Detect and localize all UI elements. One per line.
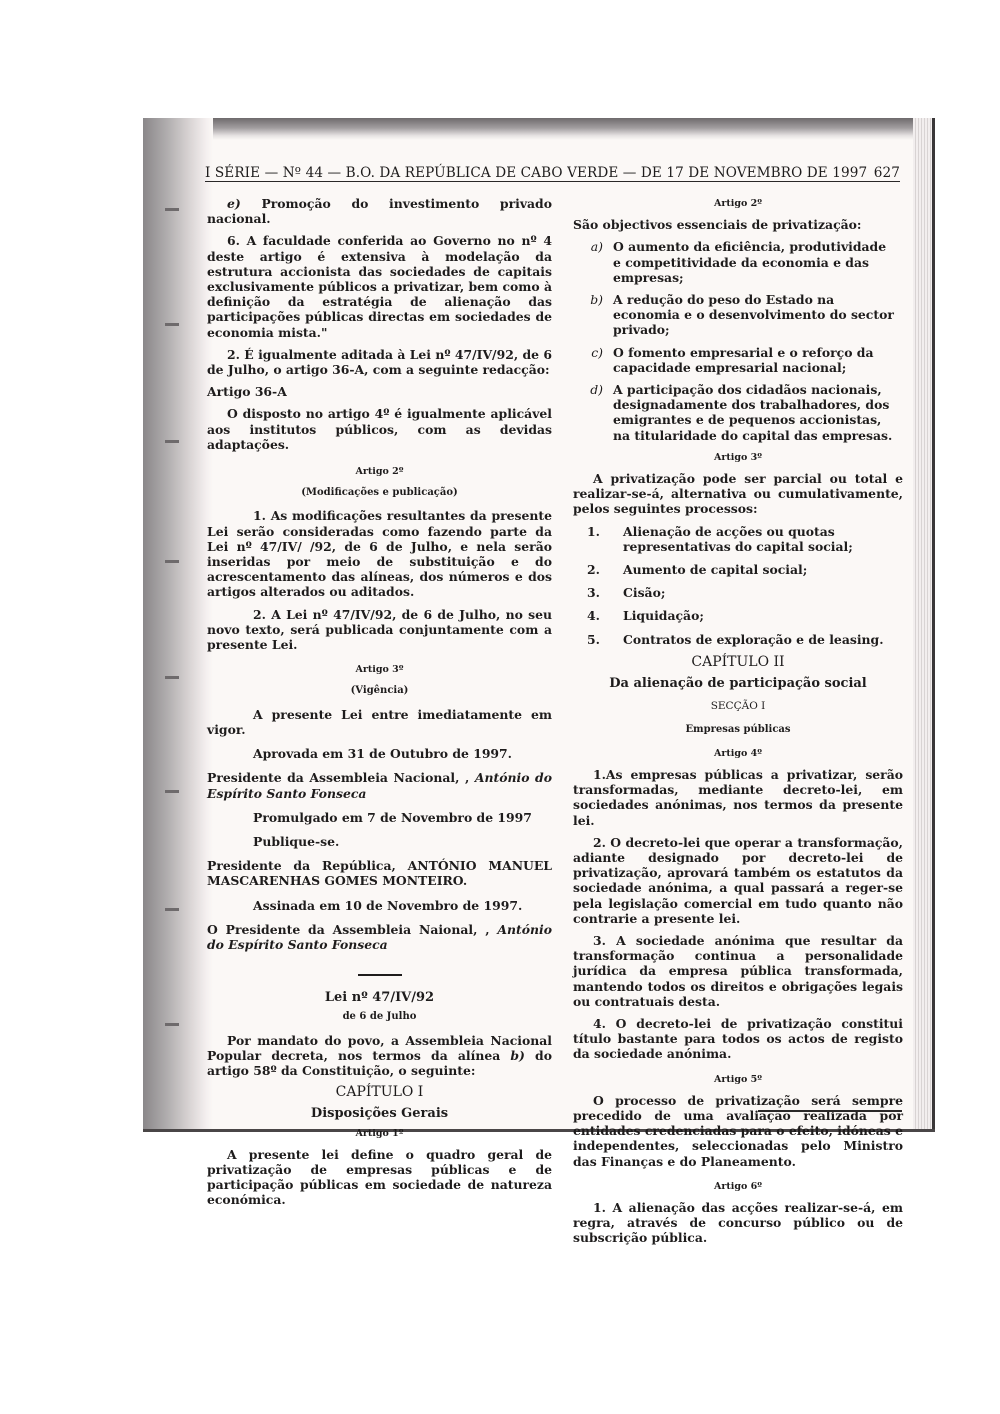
gutter-mark [165, 676, 179, 679]
item-text: Promoção do investimento privado naciona… [207, 196, 552, 226]
header-series: I SÉRIE — Nº 44 — B.O. DA REPÚBLICA DE C… [205, 165, 867, 181]
list-marker: a) [573, 239, 613, 285]
column-end-rule [758, 1110, 902, 1112]
publish-order: Publique-se. [207, 834, 552, 849]
processes-list: 1.Alienação de acções ou quotas represen… [573, 524, 903, 647]
item-marker: e) [227, 196, 241, 211]
article-intro: A privatização pode ser parcial ou total… [573, 471, 903, 517]
chapter-label: CAPÍTULO I [207, 1085, 552, 1100]
article-paragraph: 2. A Lei nº 47/IV/92, de 6 de Julho, no … [207, 607, 552, 653]
list-item: 1.Alienação de acções ou quotas represen… [573, 524, 903, 554]
gutter-mark [165, 323, 179, 326]
item-e: e) Promoção do investimento privado naci… [207, 196, 552, 226]
article-paragraph: 1.As empresas públicas a privatizar, ser… [573, 767, 903, 828]
article-paragraph: 3. A sociedade anónima que resultar da t… [573, 933, 903, 1009]
chapter-title: Da alienação de participação social [573, 676, 903, 691]
list-marker: d) [573, 382, 613, 443]
page-gutter-shadow [143, 118, 213, 1132]
signature-label: Presidente da Assembleia Nacional, , [207, 770, 475, 785]
gutter-mark [165, 790, 179, 793]
list-marker: b) [573, 292, 613, 338]
page-header: I SÉRIE — Nº 44 — B.O. DA REPÚBLICA DE C… [205, 163, 900, 182]
list-text: Cisão; [615, 585, 903, 600]
list-item: 3.Cisão; [573, 585, 903, 600]
list-text: Aumento de capital social; [615, 562, 903, 577]
article-label: Artigo 5º [573, 1072, 903, 1087]
artigo-36a-label: Artigo 36-A [207, 384, 552, 399]
article-intro: São objectivos essenciais de privatizaçã… [573, 217, 903, 232]
article-label: Artigo 2º [207, 464, 552, 479]
preamble-text: Por mandato do povo, a Assembleia Nacion… [207, 1033, 552, 1063]
paragraph-2: 2. É igualmente aditada à Lei nº 47/IV/9… [207, 347, 552, 377]
article-paragraph: A presente Lei entre imediatamente em vi… [207, 707, 552, 737]
list-marker: 5. [573, 632, 615, 647]
signature-label: O Presidente da Assembleia Naional, , [207, 922, 497, 937]
gutter-mark [165, 908, 179, 911]
article-label: Artigo 4º [573, 746, 903, 761]
chapter-label: CAPÍTULO II [573, 655, 903, 670]
article-subtitle: (Modificações e publicação) [207, 485, 552, 500]
gutter-mark [165, 560, 179, 563]
list-marker: 2. [573, 562, 615, 577]
list-item: a)O aumento da eficiência, produtividade… [573, 239, 903, 285]
chapter-title: Disposições Gerais [207, 1106, 552, 1121]
president-assembly-signature-2: O Presidente da Assembleia Naional, , An… [207, 922, 552, 952]
list-text: A participação dos cidadãos nacionais, d… [613, 382, 903, 443]
president-republic-signature: Presidente da República, ANTÓNIO MANUEL … [207, 858, 552, 888]
scan-top-shadow [143, 118, 935, 140]
list-item: 2.Aumento de capital social; [573, 562, 903, 577]
list-marker: c) [573, 345, 613, 375]
article-subtitle: (Vigência) [207, 683, 552, 698]
gutter-mark [165, 440, 179, 443]
law-date: de 6 de Julho [207, 1009, 552, 1024]
gutter-mark [165, 208, 179, 211]
list-text: Liquidação; [615, 608, 903, 623]
list-marker: 3. [573, 585, 615, 600]
article-label: Artigo 1º [207, 1126, 552, 1141]
list-marker: 4. [573, 608, 615, 623]
right-column: Artigo 2º São objectivos essenciais de p… [573, 196, 903, 1253]
section-label: SECÇÃO I [573, 699, 903, 714]
law-preamble: Por mandato do povo, a Assembleia Nacion… [207, 1033, 552, 1079]
left-column: e) Promoção do investimento privado naci… [207, 196, 552, 1215]
list-item: d)A participação dos cidadãos nacionais,… [573, 382, 903, 443]
article-paragraph: 4. O decreto-lei de privatização constit… [573, 1016, 903, 1062]
objectives-list: a)O aumento da eficiência, produtividade… [573, 239, 903, 442]
article-label: Artigo 6º [573, 1179, 903, 1194]
article-paragraph: 1. A alienação das acções realizar-se-á,… [573, 1200, 903, 1246]
section-title: Empresas públicas [573, 722, 903, 737]
artigo-36a-text: O disposto no artigo 4º é igualmente apl… [207, 406, 552, 452]
approval-date: Aprovada em 31 de Outubro de 1997. [207, 746, 552, 761]
list-marker: 1. [573, 524, 615, 554]
list-text: A redução do peso do Estado na economia … [613, 292, 903, 338]
article-paragraph: 1. As modificações resultantes da presen… [207, 508, 552, 599]
law-title: Lei nº 47/IV/92 [207, 990, 552, 1005]
paragraph-6: 6. A faculdade conferida ao Governo no n… [207, 233, 552, 339]
list-text: Contratos de exploração e de leasing. [615, 632, 903, 647]
page-number: 627 [874, 165, 900, 181]
preamble-ref: b) [510, 1048, 525, 1063]
list-item: 4.Liquidação; [573, 608, 903, 623]
article-paragraph: A presente lei define o quadro geral de … [207, 1147, 552, 1208]
article-label: Artigo 2º [573, 196, 903, 211]
page-edge-line [932, 118, 935, 1132]
article-label: Artigo 3º [207, 662, 552, 677]
article-paragraph: 2. O decreto-lei que operar a transforma… [573, 835, 903, 926]
article-paragraph: O processo de privatização será sempre p… [573, 1093, 903, 1169]
list-text: Alienação de acções ou quotas representa… [615, 524, 903, 554]
article-label: Artigo 3º [573, 450, 903, 465]
list-text: O fomento empresarial e o reforço da cap… [613, 345, 903, 375]
list-text: O aumento da eficiência, produtividade e… [613, 239, 903, 285]
promulgation-date: Promulgado em 7 de Novembro de 1997 [207, 810, 552, 825]
list-item: 5.Contratos de exploração e de leasing. [573, 632, 903, 647]
section-divider [358, 974, 402, 976]
list-item: b)A redução do peso do Estado na economi… [573, 292, 903, 338]
gutter-mark [165, 1023, 179, 1026]
president-assembly-signature: Presidente da Assembleia Nacional, , Ant… [207, 770, 552, 800]
signed-date: Assinada em 10 de Novembro de 1997. [207, 898, 552, 913]
list-item: c)O fomento empresarial e o reforço da c… [573, 345, 903, 375]
